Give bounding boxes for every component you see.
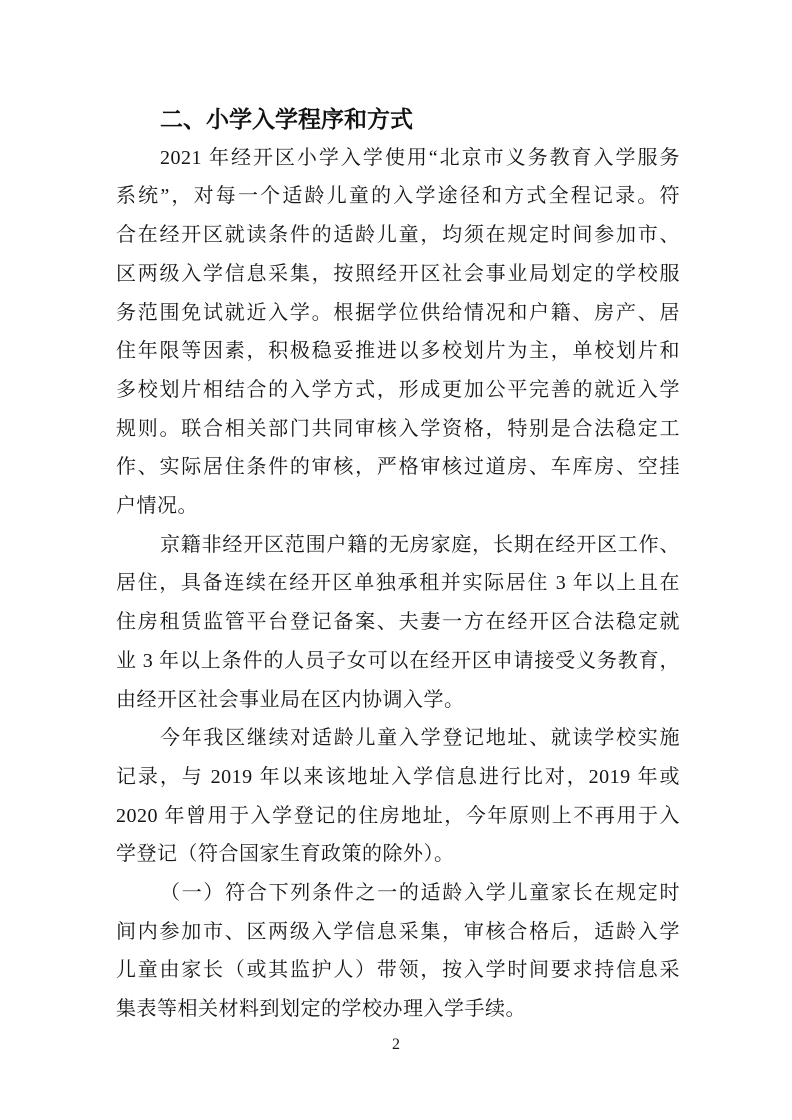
text-line: 规则。联合相关部门共同审核入学资格，特别是合法稳定工: [116, 410, 680, 449]
text-line: 居住，具备连续在经开区单独承租并实际居住 3 年以上且在: [116, 564, 680, 603]
text-line: 区两级入学信息采集，按照经开区社会事业局划定的学校服: [116, 255, 680, 294]
text-line: 务范围免试就近入学。根据学位供给情况和户籍、房产、居: [116, 294, 680, 333]
paragraph-3: 今年我区继续对适龄儿童入学登记地址、就读学校实施 记录，与 2019 年以来该地…: [116, 719, 680, 874]
text-line: 业 3 年以上条件的人员子女可以在经开区申请接受义务教育，: [116, 642, 680, 681]
text-line: 住房租赁监管平台登记备案、夫妻一方在经开区合法稳定就: [116, 603, 680, 642]
paragraph-2: 京籍非经开区范围户籍的无房家庭，长期在经开区工作、 居住，具备连续在经开区单独承…: [116, 526, 680, 720]
text-line: 集表等相关材料到划定的学校办理入学手续。: [116, 990, 680, 1029]
text-line: 记录，与 2019 年以来该地址入学信息进行比对，2019 年或: [116, 758, 680, 797]
text-line: 京籍非经开区范围户籍的无房家庭，长期在经开区工作、: [116, 526, 680, 565]
text-line: （一）符合下列条件之一的适龄入学儿童家长在规定时: [116, 874, 680, 913]
text-line: 作、实际居住条件的审核，严格审核过道房、车库房、空挂: [116, 448, 680, 487]
text-line: 间内参加市、区两级入学信息采集，审核合格后，适龄入学: [116, 913, 680, 952]
text-line: 学登记（符合国家生育政策的除外）。: [116, 835, 680, 874]
document-page: 二、小学入学程序和方式 2021 年经开区小学入学使用“北京市义务教育入学服务 …: [0, 0, 792, 1120]
text-line: 今年我区继续对适龄儿童入学登记地址、就读学校实施: [116, 719, 680, 758]
text-line: 住年限等因素，积极稳妥推进以多校划片为主，单校划片和: [116, 332, 680, 371]
text-line: 系统”，对每一个适龄儿童的入学途径和方式全程记录。符: [116, 177, 680, 216]
text-line: 2021 年经开区小学入学使用“北京市义务教育入学服务: [116, 139, 680, 178]
section-heading: 二、小学入学程序和方式: [116, 100, 680, 139]
page-number: 2: [0, 1034, 792, 1056]
paragraph-1: 2021 年经开区小学入学使用“北京市义务教育入学服务 系统”，对每一个适龄儿童…: [116, 139, 680, 526]
text-line: 合在经开区就读条件的适龄儿童，均须在规定时间参加市、: [116, 216, 680, 255]
text-line: 由经开区社会事业局在区内协调入学。: [116, 681, 680, 720]
text-line: 多校划片相结合的入学方式，形成更加公平完善的就近入学: [116, 371, 680, 410]
document-content: 二、小学入学程序和方式 2021 年经开区小学入学使用“北京市义务教育入学服务 …: [116, 100, 680, 1029]
text-line: 2020 年曾用于入学登记的住房地址，今年原则上不再用于入: [116, 797, 680, 836]
text-line: 户情况。: [116, 487, 680, 526]
paragraph-4: （一）符合下列条件之一的适龄入学儿童家长在规定时 间内参加市、区两级入学信息采集…: [116, 874, 680, 1029]
text-line: 儿童由家长（或其监护人）带领，按入学时间要求持信息采: [116, 951, 680, 990]
